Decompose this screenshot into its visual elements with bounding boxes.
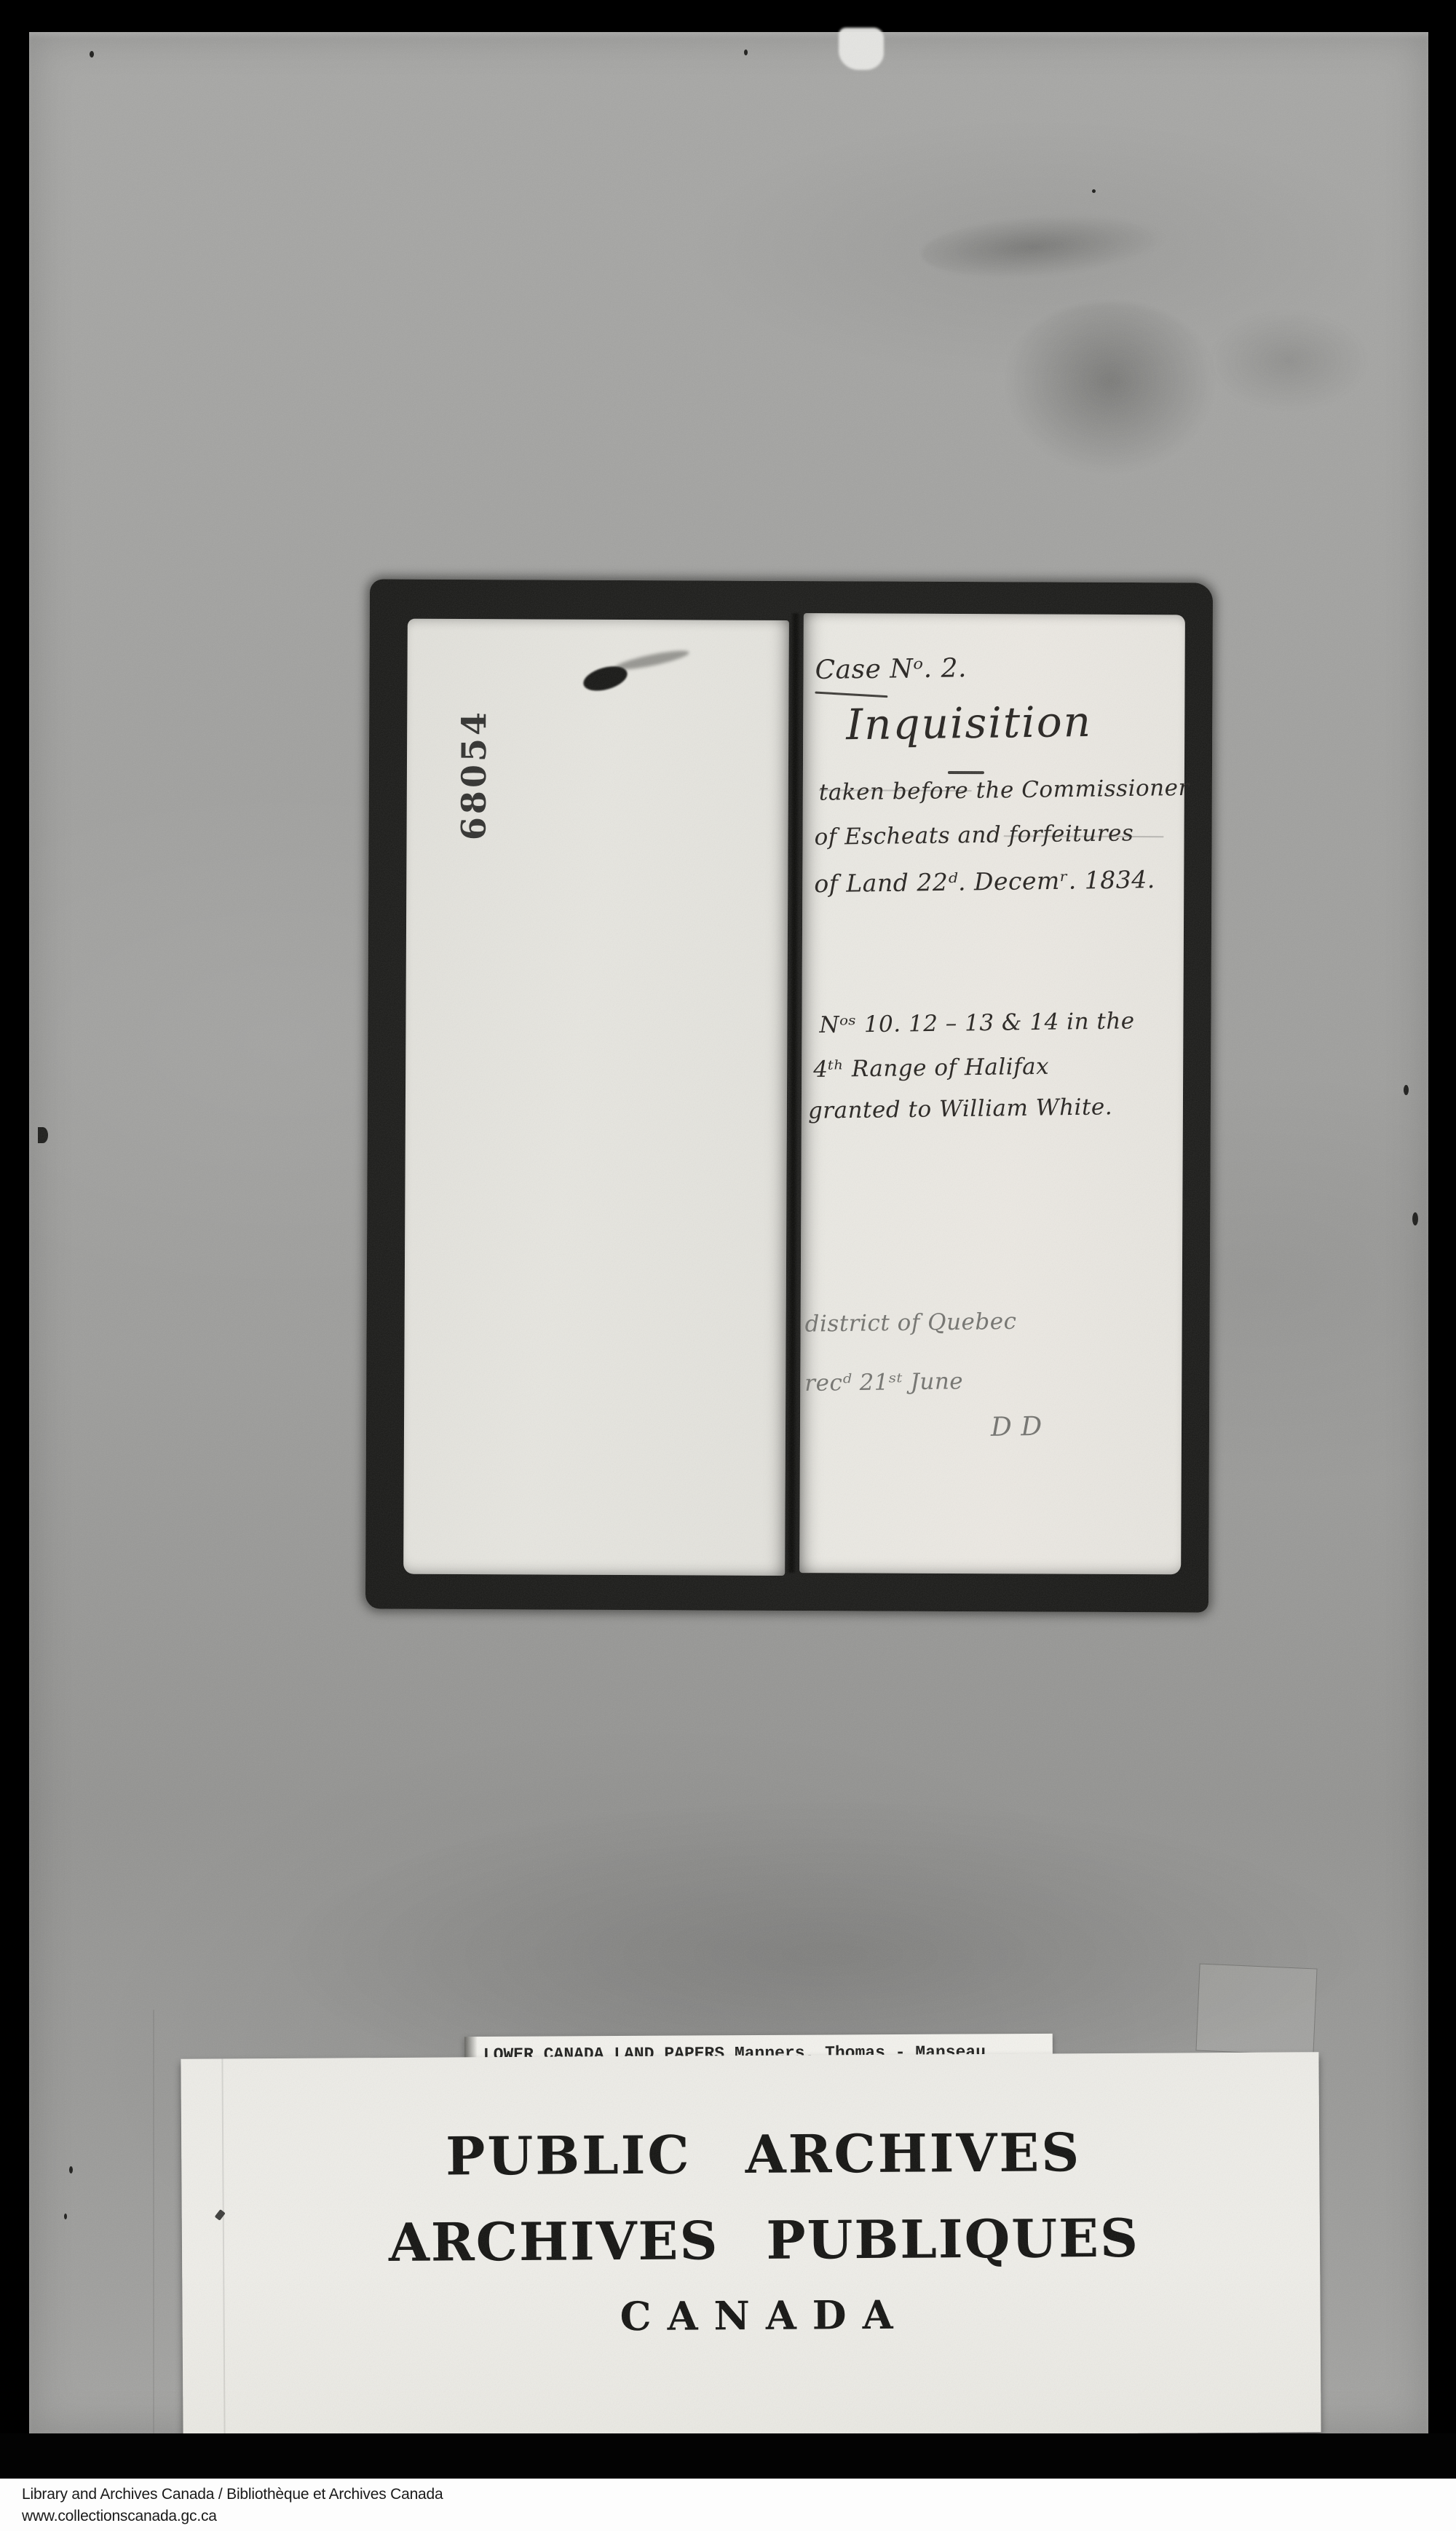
stamp-number: 68054	[454, 709, 494, 840]
archive-number-stamp: 68054	[440, 715, 508, 834]
photo-background: 68054 Case Nᵒ. 2. Inquisition taken befo…	[29, 32, 1428, 2433]
dust-speck	[1404, 1085, 1409, 1095]
public-archives-canada: CANADA	[182, 2292, 1320, 2339]
left-page: 68054	[403, 619, 789, 1576]
handwriting-lots-line2: 4ᵗʰ Range of Halifax	[813, 1054, 1049, 1083]
faint-smudge	[1208, 309, 1369, 411]
dust-speck	[90, 51, 94, 58]
book-gutter	[786, 613, 801, 1573]
handwriting-lots-line3: granted to William White.	[808, 1094, 1113, 1124]
pencil-received-line: recᵈ 21ˢᵗ June	[804, 1368, 963, 1397]
bottom-black-band	[0, 2433, 1456, 2479]
attribution-line: Library and Archives Canada / Bibliothèq…	[22, 2486, 443, 2503]
dust-speck	[64, 2214, 67, 2219]
pencil-district-line: district of Quebec	[804, 1308, 1016, 1338]
handwriting-body-line3: of Land 22ᵈ. Decemʳ. 1834.	[814, 865, 1155, 898]
handwriting-case-line: Case Nᵒ. 2.	[815, 653, 967, 685]
paper-tab	[839, 28, 884, 70]
dust-speck	[1412, 1212, 1418, 1225]
pencil-initials: D D	[991, 1412, 1042, 1442]
paper-crease	[153, 2010, 154, 2465]
document-booklet: 68054 Case Nᵒ. 2. Inquisition taken befo…	[365, 579, 1213, 1612]
scratch-smudge	[919, 206, 1170, 285]
attribution-url: www.collectionscanada.gc.ca	[22, 2508, 217, 2525]
blotch-smudge	[1001, 302, 1219, 477]
title-dash	[948, 771, 984, 774]
dust-speck	[744, 50, 748, 55]
dust-speck	[1092, 189, 1096, 193]
public-archives-title-en: PUBLIC ARCHIVES	[181, 2125, 1319, 2184]
dust-speck	[69, 2166, 73, 2173]
archival-scan: 68054 Case Nᵒ. 2. Inquisition taken befo…	[0, 0, 1456, 2531]
handwriting-title: Inquisition	[846, 697, 1093, 749]
public-archives-card: PUBLIC ARCHIVES ARCHIVES PUBLIQUES CANAD…	[181, 2052, 1321, 2439]
attribution-footer: Library and Archives Canada / Bibliothèq…	[0, 2479, 1456, 2531]
handwriting-lots-line1: Nᵒˢ 10. 12 – 13 & 14 in the	[819, 1008, 1135, 1038]
tape-patch	[1195, 1964, 1317, 2056]
dust-speck	[38, 1127, 48, 1143]
public-archives-title-fr: ARCHIVES PUBLIQUES	[182, 2211, 1320, 2270]
